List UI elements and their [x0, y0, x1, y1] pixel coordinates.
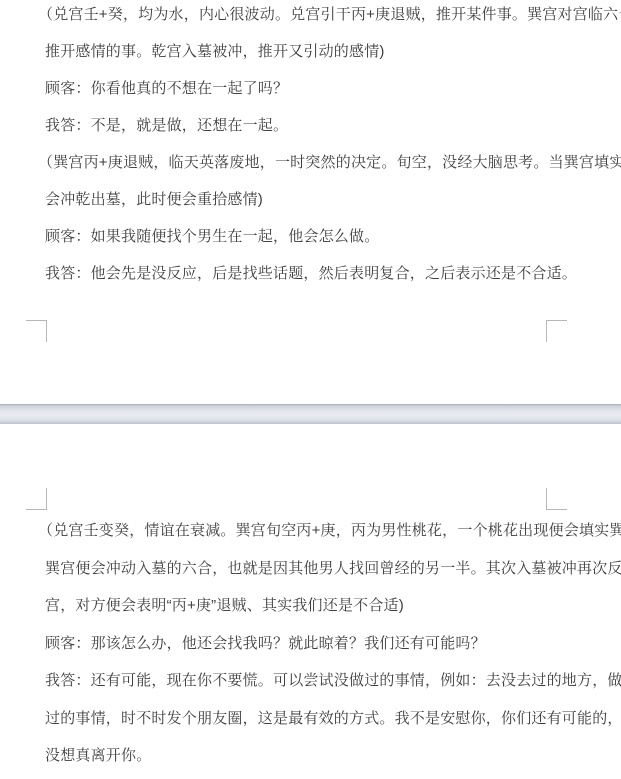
text-line[interactable]: 巽宫便会冲动入墓的六合，也就是因其他男人找回曾经的另一半。其次入墓被冲再次反冲巽: [38, 550, 590, 588]
text-line[interactable]: 没想真离开你。: [38, 737, 590, 775]
page1-bottom-right-margin-mark: [546, 320, 567, 342]
page1-bottom-left-margin-mark: [26, 320, 47, 342]
text-line[interactable]: 顾客：那该怎么办，他还会找我吗？就此晾着？我们还有可能吗？: [38, 625, 590, 663]
text-line[interactable]: 顾客：你看他真的不想在一起了吗？: [38, 70, 590, 107]
text-line[interactable]: 过的事情，时不时发个朋友圈，这是最有效的方式。我不是安慰你，你们还有可能的，对方: [38, 700, 590, 738]
text-line[interactable]: 顾客：如果我随便找个男生在一起，他会怎么做。: [38, 218, 590, 255]
page2-text-area[interactable]: （兑宫壬变癸，情谊在衰减。巽宫旬空丙+庚，丙为男性桃花，一个桃花出现便会填实巽宫…: [38, 512, 590, 775]
page1-text-area[interactable]: （兑宫壬+癸，均为水，内心很波动。兑宫引干丙+庚退贼，推开某件事。巽宫对宫临六合…: [38, 0, 590, 292]
text-line[interactable]: 会冲乾出墓，此时便会重拾感情): [38, 181, 590, 218]
text-line[interactable]: 我答：不是，就是做，还想在一起。: [38, 107, 590, 144]
page2-top-right-margin-mark: [546, 488, 567, 510]
text-line[interactable]: 宫，对方便会表明“丙+庚”退贼、其实我们还是不合适): [38, 587, 590, 625]
page-break-separator: [0, 404, 621, 424]
text-line[interactable]: （兑宫壬+癸，均为水，内心很波动。兑宫引干丙+庚退贼，推开某件事。巽宫对宫临六合…: [38, 0, 590, 33]
page2-top-left-margin-mark: [26, 488, 47, 510]
text-line[interactable]: （兑宫壬变癸，情谊在衰减。巽宫旬空丙+庚，丙为男性桃花，一个桃花出现便会填实巽宫…: [38, 512, 590, 550]
text-line[interactable]: 我答：还有可能，现在你不要慌。可以尝试没做过的事情，例如：去没去过的地方，做没做: [38, 662, 590, 700]
text-line[interactable]: 推开感情的事。乾宫入墓被冲，推开又引动的感情): [38, 33, 590, 70]
text-line[interactable]: （巽宫丙+庚退贼，临天英落废地，一时突然的决定。旬空，没经大脑思考。当巽宫填实 …: [38, 144, 590, 181]
text-line[interactable]: 我答：他会先是没反应，后是找些话题，然后表明复合，之后表示还是不合适。: [38, 255, 590, 292]
